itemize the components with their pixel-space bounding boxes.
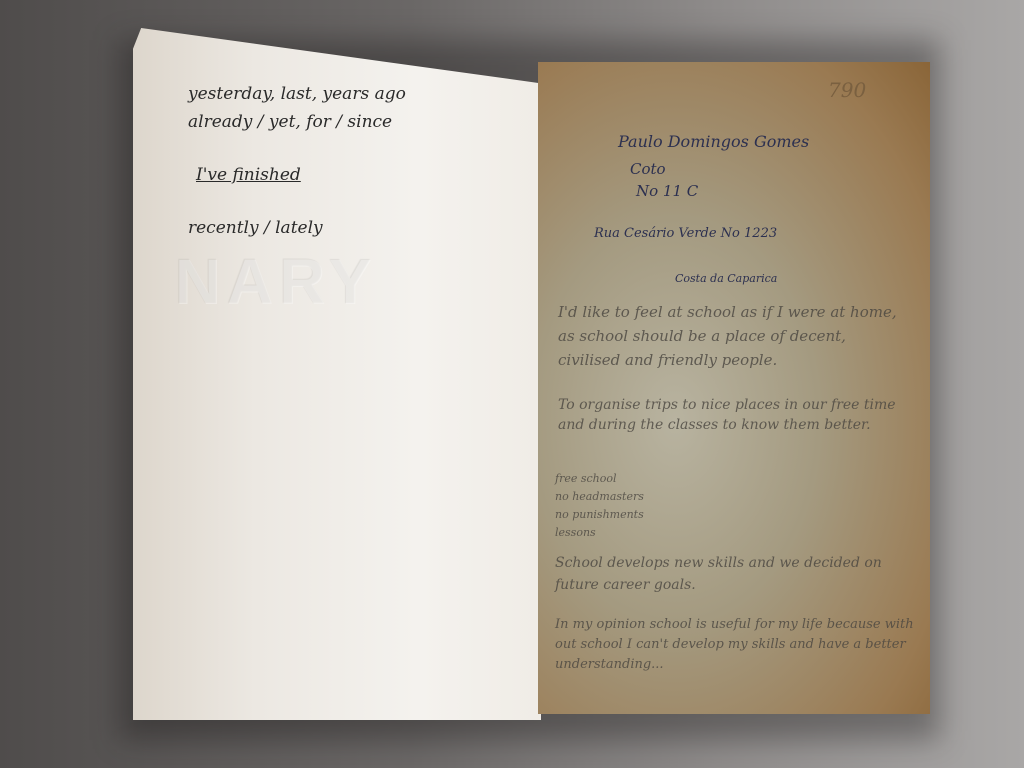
owner-address: Rua Cesário Verde No 1223 xyxy=(594,226,777,241)
owner-line-2: Coto xyxy=(630,160,666,178)
owner-name: Paulo Domingos Gomes xyxy=(618,132,809,151)
note-line-4: recently / lately xyxy=(188,218,323,238)
essay-list: free school no headmasters no punishment… xyxy=(555,470,644,542)
essay-paragraph-4: In my opinion school is useful for my li… xyxy=(555,615,915,675)
embossed-title: NARY xyxy=(175,245,378,319)
page-number: 790 xyxy=(828,78,866,102)
essay-paragraph-1: I'd like to feel at school as if I were … xyxy=(558,300,908,372)
note-line-1: yesterday, last, years ago xyxy=(188,84,406,104)
owner-line-3: No 11 C xyxy=(636,182,698,200)
note-line-3: I've finished xyxy=(196,165,301,185)
essay-paragraph-2: To organise trips to nice places in our … xyxy=(558,395,908,435)
essay-title: Costa da Caparica xyxy=(675,272,777,285)
note-line-2: already / yet, for / since xyxy=(188,112,392,132)
essay-paragraph-3: School develops new skills and we decide… xyxy=(555,552,905,596)
